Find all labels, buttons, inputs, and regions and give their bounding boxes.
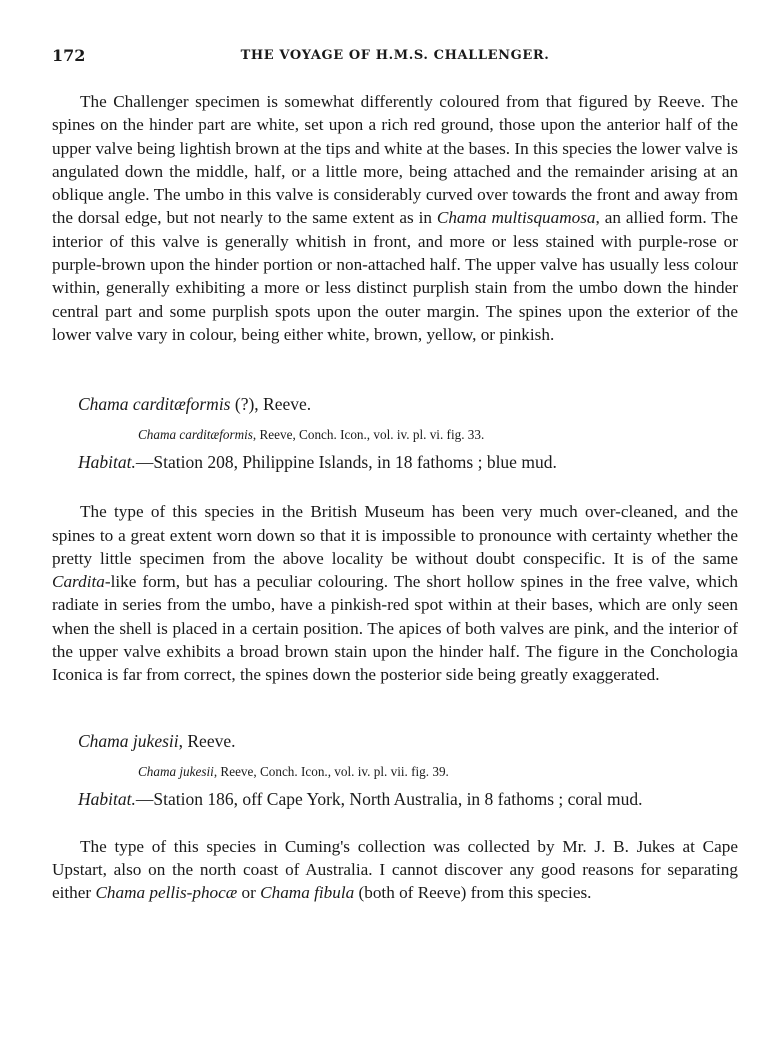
habitat-text: —Station 208, Philippine Islands, in 18 … (136, 452, 557, 472)
species-authority: (?), Reeve. (231, 394, 312, 414)
running-head: 172 THE VOYAGE OF H.M.S. CHALLENGER. (52, 44, 738, 68)
habitat-label: Habitat. (78, 789, 136, 809)
species-name-italic: Chama fibula (260, 883, 354, 902)
habitat-jukesii: Habitat.—Station 186, off Cape York, Nor… (52, 787, 738, 811)
species-name: Chama carditæformis (78, 394, 231, 414)
citation-reference: , Reeve, Conch. Icon., vol. iv. pl. vi. … (253, 427, 484, 442)
paragraph-text: The type of this species in the British … (52, 502, 738, 568)
paragraph-text: , an allied form. The interior of this v… (52, 208, 738, 343)
habitat-carditaeformis: Habitat.—Station 208, Philippine Islands… (52, 450, 738, 474)
species-name-italic: Chama pellis-phocæ (95, 883, 237, 902)
citation-carditaeformis: Chama carditæformis, Reeve, Conch. Icon.… (52, 424, 738, 446)
species-authority: , Reeve. (179, 731, 236, 751)
citation-species-name: Chama jukesii (138, 764, 214, 779)
paragraph-cuming-collection: The type of this species in Cuming's col… (52, 835, 738, 905)
running-title: THE VOYAGE OF H.M.S. CHALLENGER. (52, 44, 738, 68)
citation-reference: , Reeve, Conch. Icon., vol. iv. pl. vii.… (214, 764, 449, 779)
habitat-label: Habitat. (78, 452, 136, 472)
species-heading-carditaeformis: Chama carditæformis (?), Reeve. (52, 392, 738, 416)
paragraph-text: or (237, 883, 260, 902)
paragraph-british-museum-type: The type of this species in the British … (52, 500, 738, 686)
citation-species-name: Chama carditæformis (138, 427, 253, 442)
species-heading-jukesii: Chama jukesii, Reeve. (52, 729, 738, 753)
genus-name-italic: Cardita (52, 572, 105, 591)
species-name: Chama jukesii (78, 731, 179, 751)
paragraph-text: (both of Reeve) from this species. (354, 883, 591, 902)
citation-jukesii: Chama jukesii, Reeve, Conch. Icon., vol.… (52, 761, 738, 783)
document-page: 172 THE VOYAGE OF H.M.S. CHALLENGER. The… (52, 44, 738, 905)
paragraph-challenger-specimen: The Challenger specimen is somewhat diff… (52, 90, 738, 346)
habitat-text: —Station 186, off Cape York, North Austr… (136, 789, 643, 809)
species-name-italic: Chama multisquamosa (437, 208, 596, 227)
paragraph-text: -like form, but has a peculiar colouring… (52, 572, 738, 684)
